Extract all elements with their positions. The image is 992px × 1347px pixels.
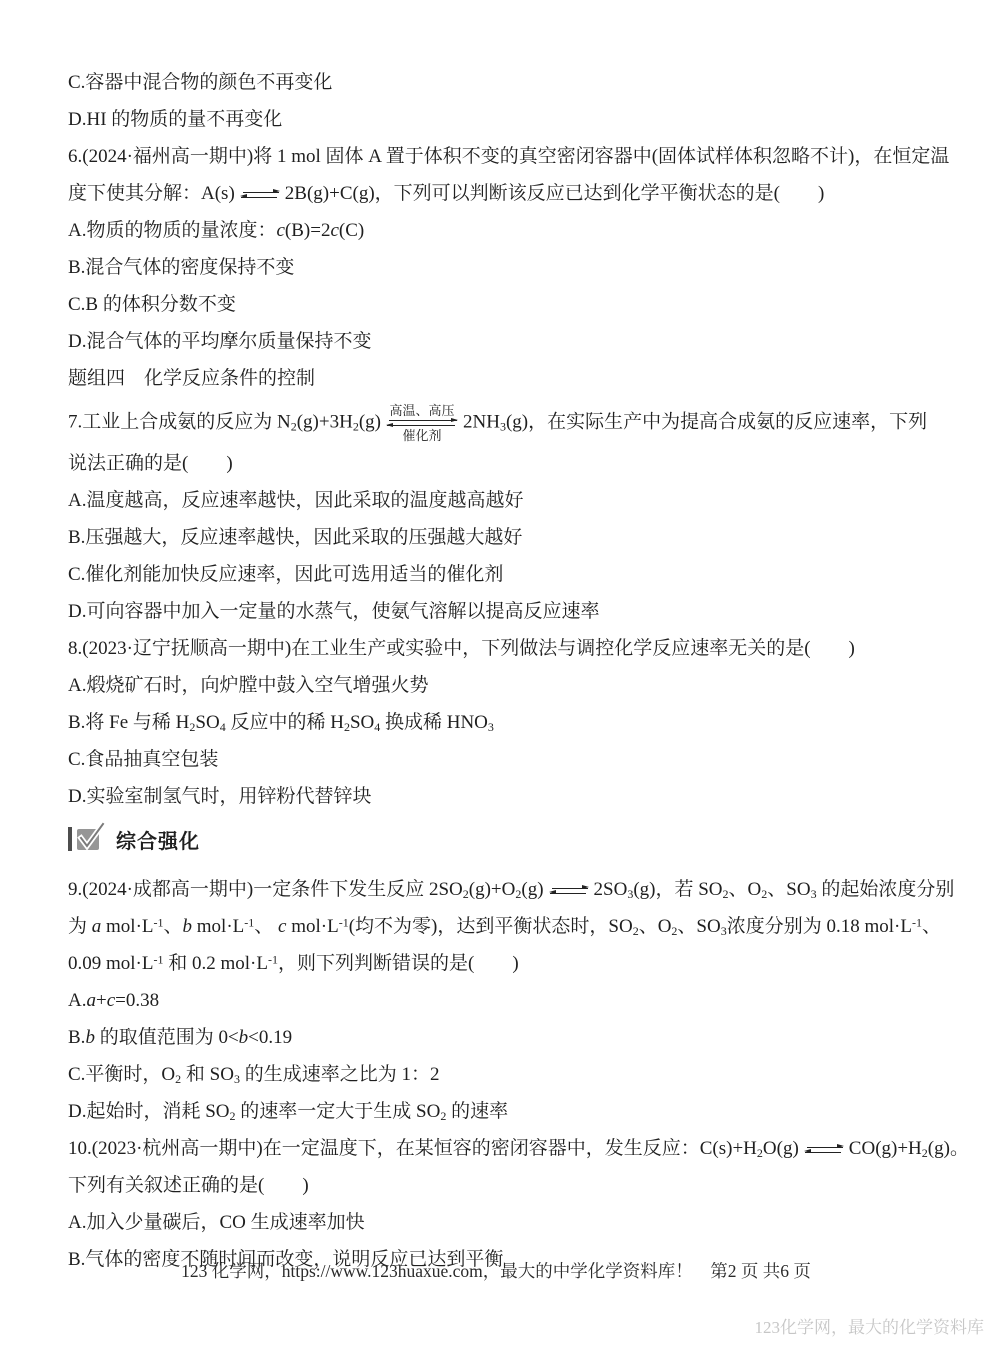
- q8-option-d: D.实验室制氢气时，用锌粉代替锌块: [68, 778, 938, 815]
- q9-option-a: A.a+c=0.38: [68, 982, 938, 1019]
- equilibrium-arrow-icon: 高温、高压催化剂: [386, 403, 458, 443]
- check-badge-icon: [68, 824, 106, 854]
- q9-option-b: B.b 的取值范围为 0<b<0.19: [68, 1019, 938, 1056]
- equilibrium-arrow-icon: [804, 1145, 844, 1155]
- q10-option-a: A.加入少量碳后，CO 生成速率加快: [68, 1204, 938, 1241]
- q5-option-d: D.HI 的物质的量不再变化: [68, 101, 938, 138]
- q10-stem-line-1: 10.(2023·杭州高一期中)在一定温度下，在某恒容的密闭容器中，发生反应：C…: [68, 1130, 938, 1167]
- q6-option-c: C.B 的体积分数不变: [68, 286, 938, 323]
- page-footer: 123 化学网，https://www.123huaxue.com，最大的中学化…: [0, 1258, 992, 1284]
- q9-option-d: D.起始时，消耗 SO2 的速率一定大于生成 SO2 的速率: [68, 1093, 938, 1130]
- q7-option-c: C.催化剂能加快反应速率，因此可选用适当的催化剂: [68, 556, 938, 593]
- q10-stem-line-2: 下列有关叙述正确的是( ): [68, 1167, 938, 1204]
- q6-stem-line-1: 6.(2024·福州高一期中)将 1 mol 固体 A 置于体积不变的真空密闭容…: [68, 138, 938, 175]
- q7-option-d: D.可向容器中加入一定量的水蒸气，使氨气溶解以提高反应速率: [68, 593, 938, 630]
- section-header: 综合强化: [68, 823, 938, 855]
- section-title: 综合强化: [116, 825, 200, 854]
- q6-option-d: D.混合气体的平均摩尔质量保持不变: [68, 323, 938, 360]
- q7-option-b: B.压强越大，反应速率越快，因此采取的压强越大越好: [68, 519, 938, 556]
- q9-stem-line-1: 9.(2024·成都高一期中)一定条件下发生反应 2SO2(g)+O2(g)2S…: [68, 871, 938, 908]
- worksheet-page: C.容器中混合物的颜色不再变化 D.HI 的物质的量不再变化 6.(2024·福…: [68, 64, 938, 1278]
- equilibrium-arrow-icon: [549, 886, 589, 896]
- q6-option-a: A.物质的物质的量浓度：c(B)=2c(C): [68, 212, 938, 249]
- topic-group-header: 题组四 化学反应条件的控制: [68, 360, 938, 397]
- q6-stem-line-2: 度下使其分解：A(s)2B(g)+C(g)，下列可以判断该反应已达到化学平衡状态…: [68, 175, 938, 212]
- equilibrium-arrow-icon: [240, 190, 280, 200]
- q7-stem-line-1: 7.工业上合成氨的反应为 N2(g)+3H2(g)高温、高压催化剂2NH3(g)…: [68, 403, 938, 443]
- q9-option-c: C.平衡时，O2 和 SO3 的生成速率之比为 1：2: [68, 1056, 938, 1093]
- q7-stem-line-2: 说法正确的是( ): [68, 445, 938, 482]
- q8-option-a: A.煅烧矿石时，向炉膛中鼓入空气增强火势: [68, 667, 938, 704]
- q8-stem: 8.(2023·辽宁抚顺高一期中)在工业生产或实验中，下列做法与调控化学反应速率…: [68, 630, 938, 667]
- q7-option-a: A.温度越高，反应速率越快，因此采取的温度越高越好: [68, 482, 938, 519]
- q8-option-b: B.将 Fe 与稀 H2SO4 反应中的稀 H2SO4 换成稀 HNO3: [68, 704, 938, 741]
- q6-option-b: B.混合气体的密度保持不变: [68, 249, 938, 286]
- q9-stem-line-2: 为 a mol·L-1、b mol·L-1、 c mol·L-1(均不为零)，达…: [68, 908, 938, 945]
- corner-watermark: 123化学网，最大的化学资料库: [755, 1313, 985, 1338]
- q8-option-c: C.食品抽真空包装: [68, 741, 938, 778]
- q9-stem-line-3: 0.09 mol·L-1 和 0.2 mol·L-1，则下列判断错误的是( ): [68, 945, 938, 982]
- q5-option-c: C.容器中混合物的颜色不再变化: [68, 64, 938, 101]
